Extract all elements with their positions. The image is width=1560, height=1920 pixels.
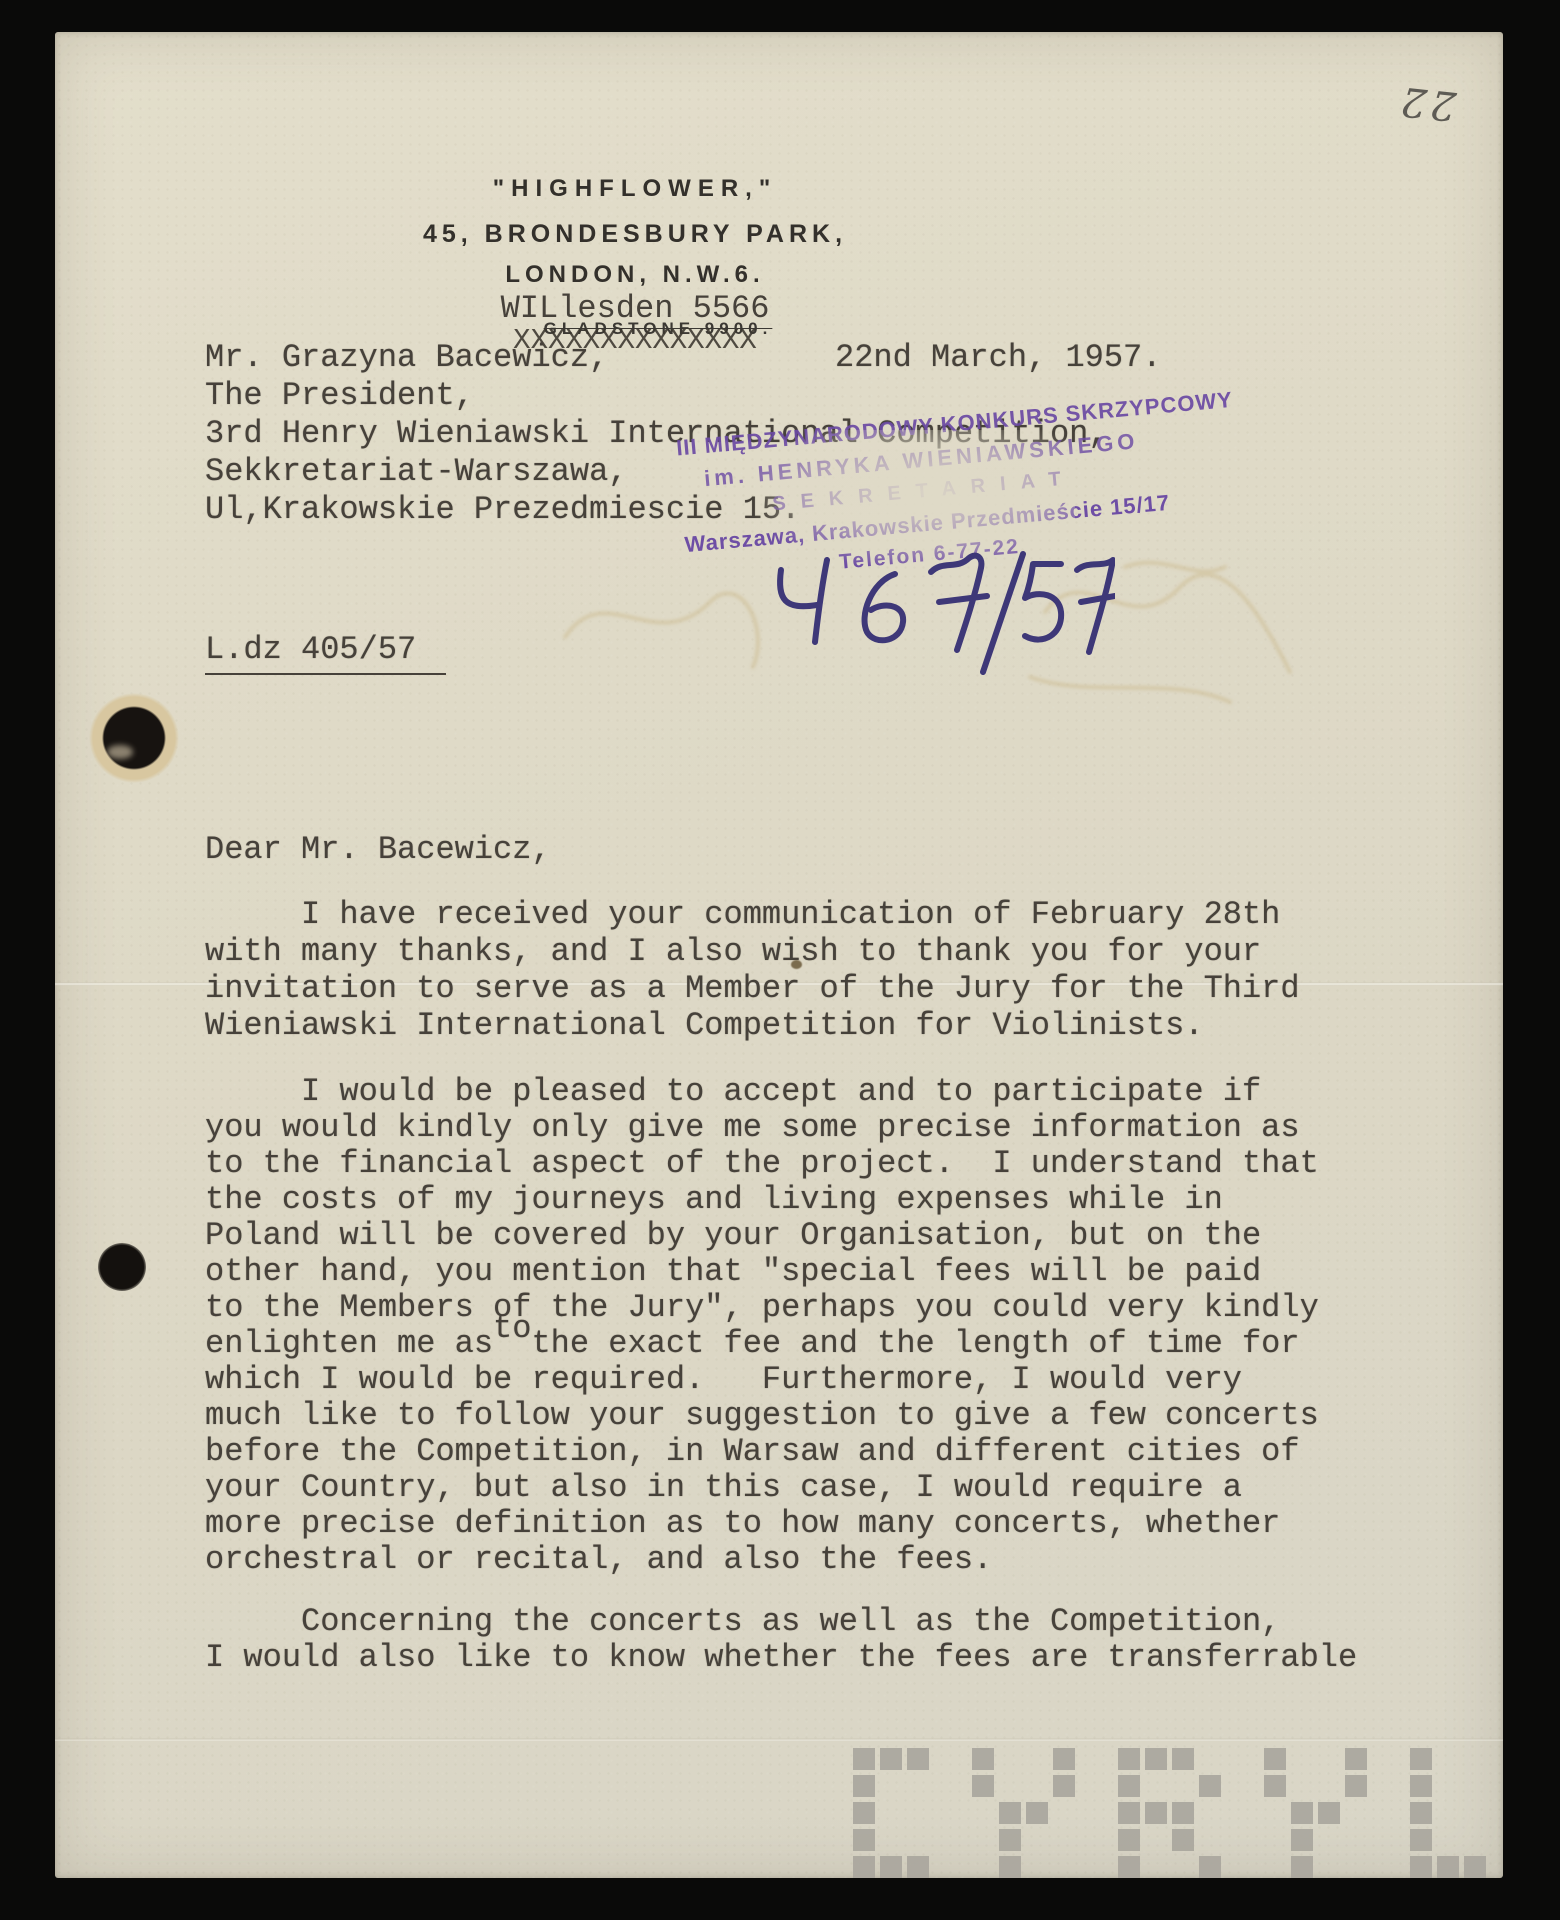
typed-text: enlighten me as bbox=[205, 1325, 493, 1362]
watermark-pixel bbox=[1199, 1775, 1221, 1797]
watermark-pixel bbox=[1345, 1775, 1367, 1797]
typed-line: Concerning the concerts as well as the C… bbox=[205, 1604, 1280, 1640]
watermark-pixel bbox=[853, 1829, 875, 1851]
watermark-pixel bbox=[1026, 1802, 1048, 1824]
typed-superscript-correction: to bbox=[493, 1310, 531, 1347]
punch-hole-highlight bbox=[107, 745, 133, 759]
watermark-pixel bbox=[1264, 1775, 1286, 1797]
watermark-pixel bbox=[1172, 1829, 1194, 1851]
watermark-pixel bbox=[1291, 1829, 1313, 1851]
typed-line: much like to follow your suggestion to g… bbox=[205, 1398, 1319, 1434]
typed-line: the costs of my journeys and living expe… bbox=[205, 1182, 1223, 1218]
letter-date: 22nd March, 1957. bbox=[835, 340, 1161, 376]
watermark-pixel bbox=[999, 1802, 1021, 1824]
typed-line: you would kindly only give me some preci… bbox=[205, 1110, 1300, 1146]
typed-line: I would be pleased to accept and to part… bbox=[205, 1074, 1261, 1110]
paper-sheet: 22 "HIGHFLOWER," 45, BRONDESBURY PARK, L… bbox=[55, 32, 1503, 1878]
watermark-pixel bbox=[907, 1748, 929, 1770]
letterhead-street: 45, BRONDESBURY PARK, bbox=[135, 220, 1135, 249]
watermark-pixel bbox=[1410, 1748, 1432, 1770]
recipient-secretariat: Sekkretariat-Warszawa, bbox=[205, 454, 627, 490]
watermark-pixel bbox=[1118, 1829, 1140, 1851]
watermark-pixel bbox=[1118, 1856, 1140, 1878]
recipient-title: The President, bbox=[205, 378, 474, 414]
watermark-pixel bbox=[999, 1829, 1021, 1851]
typed-line: with many thanks, and I also wish to tha… bbox=[205, 934, 1261, 970]
typed-line: I have received your communication of Fe… bbox=[205, 897, 1280, 933]
typed-line: your Country, but also in this case, I w… bbox=[205, 1470, 1242, 1506]
watermark-pixel bbox=[1464, 1856, 1486, 1878]
watermark-pixel bbox=[1053, 1775, 1075, 1797]
punch-hole bbox=[89, 693, 179, 783]
typed-line: orchestral or recital, and also the fees… bbox=[205, 1542, 992, 1578]
typed-line: before the Competition, in Warsaw and di… bbox=[205, 1434, 1300, 1470]
punch-hole bbox=[98, 1243, 146, 1291]
watermark-pixel bbox=[853, 1748, 875, 1770]
watermark-pixel bbox=[853, 1775, 875, 1797]
watermark-pixel bbox=[1264, 1748, 1286, 1770]
watermark-pixel bbox=[1172, 1748, 1194, 1770]
typed-line: invitation to serve as a Member of the J… bbox=[205, 971, 1300, 1007]
typed-line-with-insertion: enlighten me astothe exact fee and the l… bbox=[205, 1326, 1300, 1362]
watermark-pixel bbox=[907, 1856, 929, 1878]
watermark-pixel bbox=[1410, 1802, 1432, 1824]
typed-line: other hand, you mention that "special fe… bbox=[205, 1254, 1261, 1290]
watermark-pixel bbox=[1291, 1856, 1313, 1878]
typed-line: I would also like to know whether the fe… bbox=[205, 1640, 1357, 1676]
handwritten-registry-number bbox=[755, 544, 1115, 684]
watermark-pixel bbox=[1199, 1856, 1221, 1878]
typed-line: which I would be required. Furthermore, … bbox=[205, 1362, 1242, 1398]
watermark-pixel bbox=[1318, 1802, 1340, 1824]
watermark-pixel bbox=[1345, 1748, 1367, 1770]
reference-number: L.dz 405/57 bbox=[205, 631, 446, 675]
pencil-page-number: 22 bbox=[1395, 77, 1458, 129]
typed-line: Wieniawski International Competition for… bbox=[205, 1008, 1204, 1044]
watermark-pixel bbox=[1410, 1775, 1432, 1797]
typed-line: to the Members of the Jury", perhaps you… bbox=[205, 1290, 1319, 1326]
recipient-name: Mr. Grazyna Bacewicz, bbox=[205, 340, 608, 376]
watermark-pixel bbox=[880, 1748, 902, 1770]
watermark-pixel bbox=[1053, 1748, 1075, 1770]
typed-line: more precise definition as to how many c… bbox=[205, 1506, 1280, 1542]
watermark-pixel bbox=[853, 1856, 875, 1878]
typed-text: the exact fee and the length of time for bbox=[531, 1325, 1299, 1362]
watermark-pixel bbox=[1118, 1775, 1140, 1797]
scanned-letter-page: 22 "HIGHFLOWER," 45, BRONDESBURY PARK, L… bbox=[0, 0, 1560, 1920]
letterhead-house-name: "HIGHFLOWER," bbox=[135, 175, 1135, 203]
watermark-pixel bbox=[1145, 1802, 1167, 1824]
watermark-pixel bbox=[1410, 1856, 1432, 1878]
watermark-pixel bbox=[1291, 1802, 1313, 1824]
cyryl-watermark bbox=[853, 1748, 1503, 1888]
watermark-pixel bbox=[1437, 1856, 1459, 1878]
watermark-pixel bbox=[880, 1856, 902, 1878]
watermark-pixel bbox=[1172, 1802, 1194, 1824]
paper-crease bbox=[55, 1738, 1503, 1741]
watermark-pixel bbox=[1145, 1748, 1167, 1770]
watermark-pixel bbox=[999, 1856, 1021, 1878]
ink-stain bbox=[791, 960, 802, 969]
watermark-pixel bbox=[1118, 1802, 1140, 1824]
reference-line: L.dz 405/57 bbox=[205, 632, 446, 668]
watermark-pixel bbox=[853, 1802, 875, 1824]
typed-line: to the financial aspect of the project. … bbox=[205, 1146, 1319, 1182]
letterhead-city: LONDON, N.W.6. bbox=[135, 261, 1135, 289]
salutation: Dear Mr. Bacewicz, bbox=[205, 832, 551, 868]
watermark-pixel bbox=[972, 1748, 994, 1770]
watermark-pixel bbox=[972, 1775, 994, 1797]
typed-line: Poland will be covered by your Organisat… bbox=[205, 1218, 1261, 1254]
watermark-pixel bbox=[1410, 1829, 1432, 1851]
watermark-pixel bbox=[1118, 1748, 1140, 1770]
